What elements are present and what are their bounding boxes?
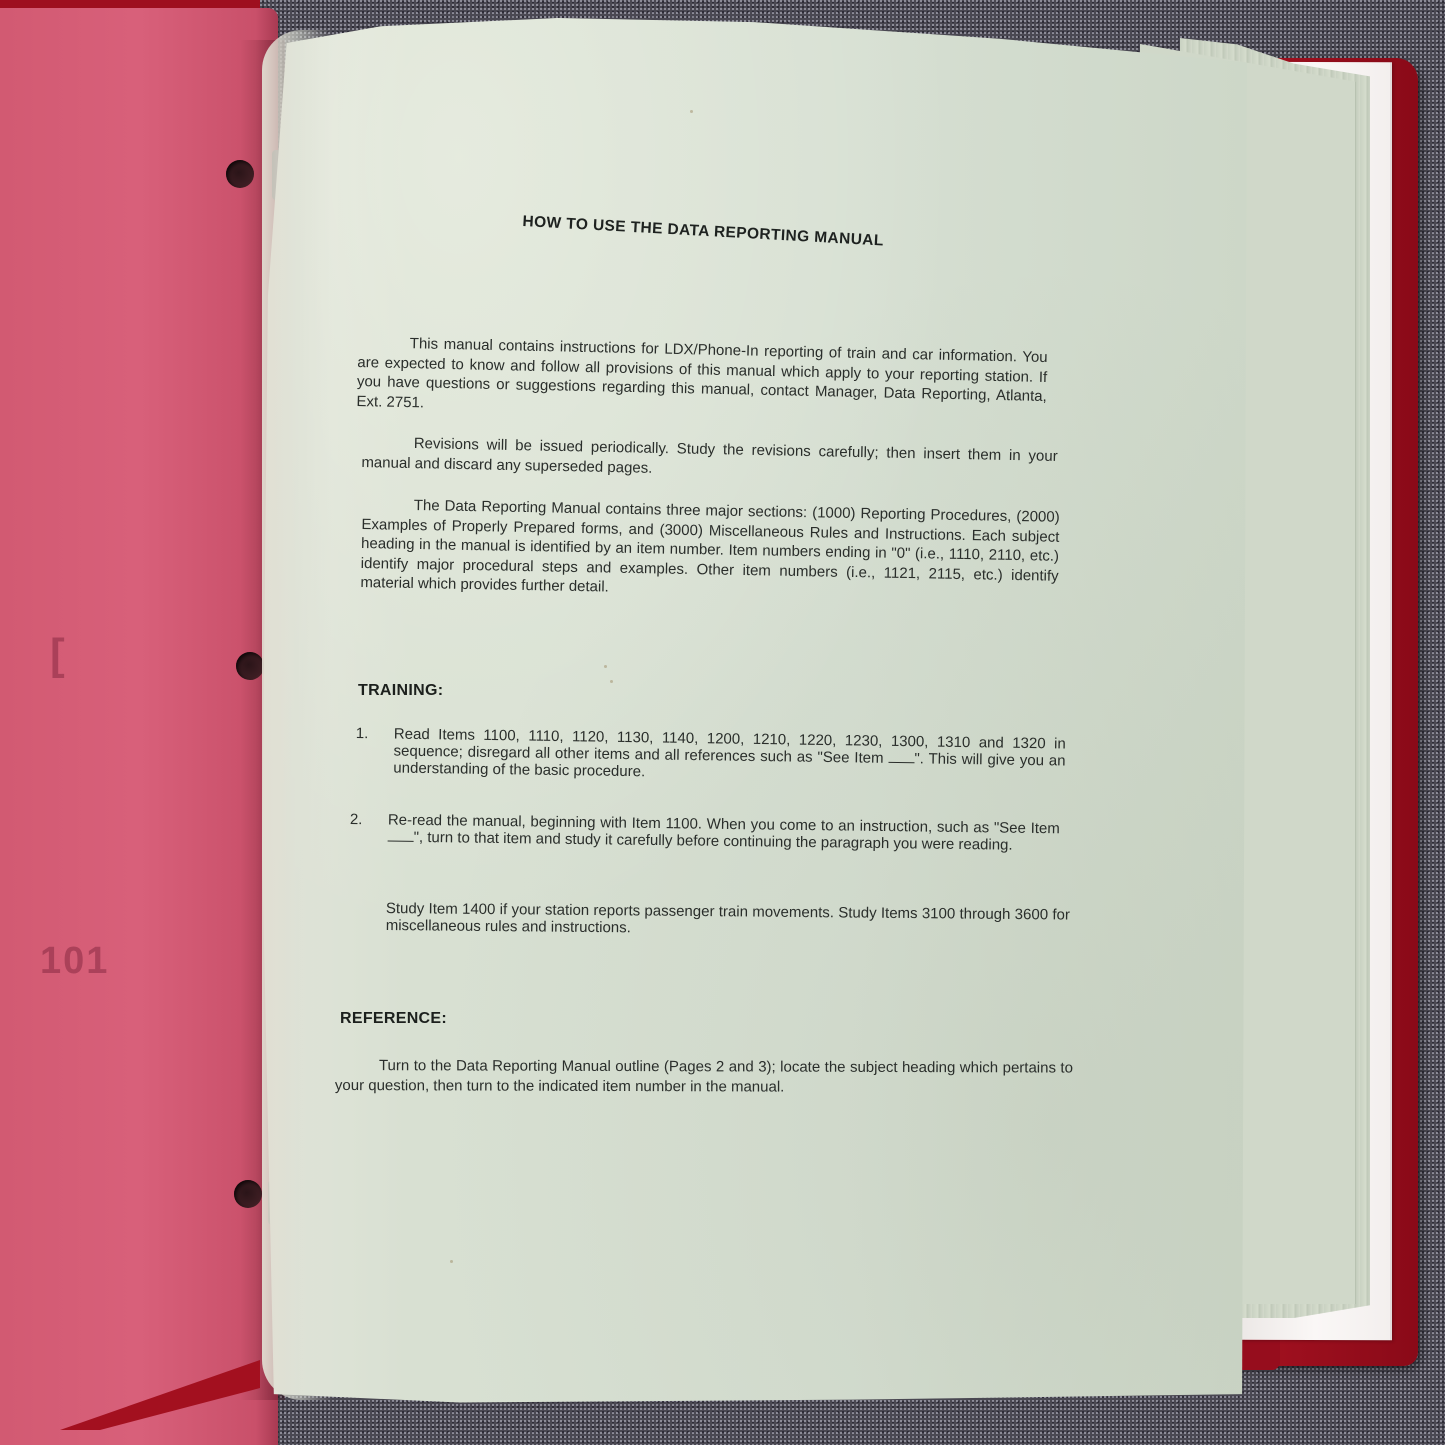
divider-faded-mark-bracket: [ [50, 630, 67, 680]
pink-divider-sheet [0, 8, 278, 1445]
paper-speck [610, 680, 613, 683]
list-number: 2. [350, 811, 363, 828]
list-number: 1. [356, 725, 369, 742]
reference-heading: REFERENCE: [340, 1010, 447, 1028]
paper-speck [604, 665, 607, 668]
training-heading: TRAINING: [358, 682, 443, 700]
page-curl [262, 30, 332, 1400]
blank-line [388, 830, 414, 841]
blank-line [888, 752, 914, 763]
paper-speck [690, 110, 693, 113]
punch-hole-middle [236, 652, 264, 680]
punch-hole-bottom [234, 1180, 262, 1208]
punch-hole-top [226, 160, 254, 188]
list-text: Read Items 1100, 1110, 1120, 1130, 1140,… [393, 726, 1066, 787]
intro-paragraph-1: This manual contains instructions for LD… [356, 333, 1048, 426]
intro-paragraph-3: The Data Reporting Manual contains three… [360, 495, 1060, 605]
paper-speck [450, 1260, 453, 1263]
divider-faded-mark-number: 101 [40, 940, 109, 983]
